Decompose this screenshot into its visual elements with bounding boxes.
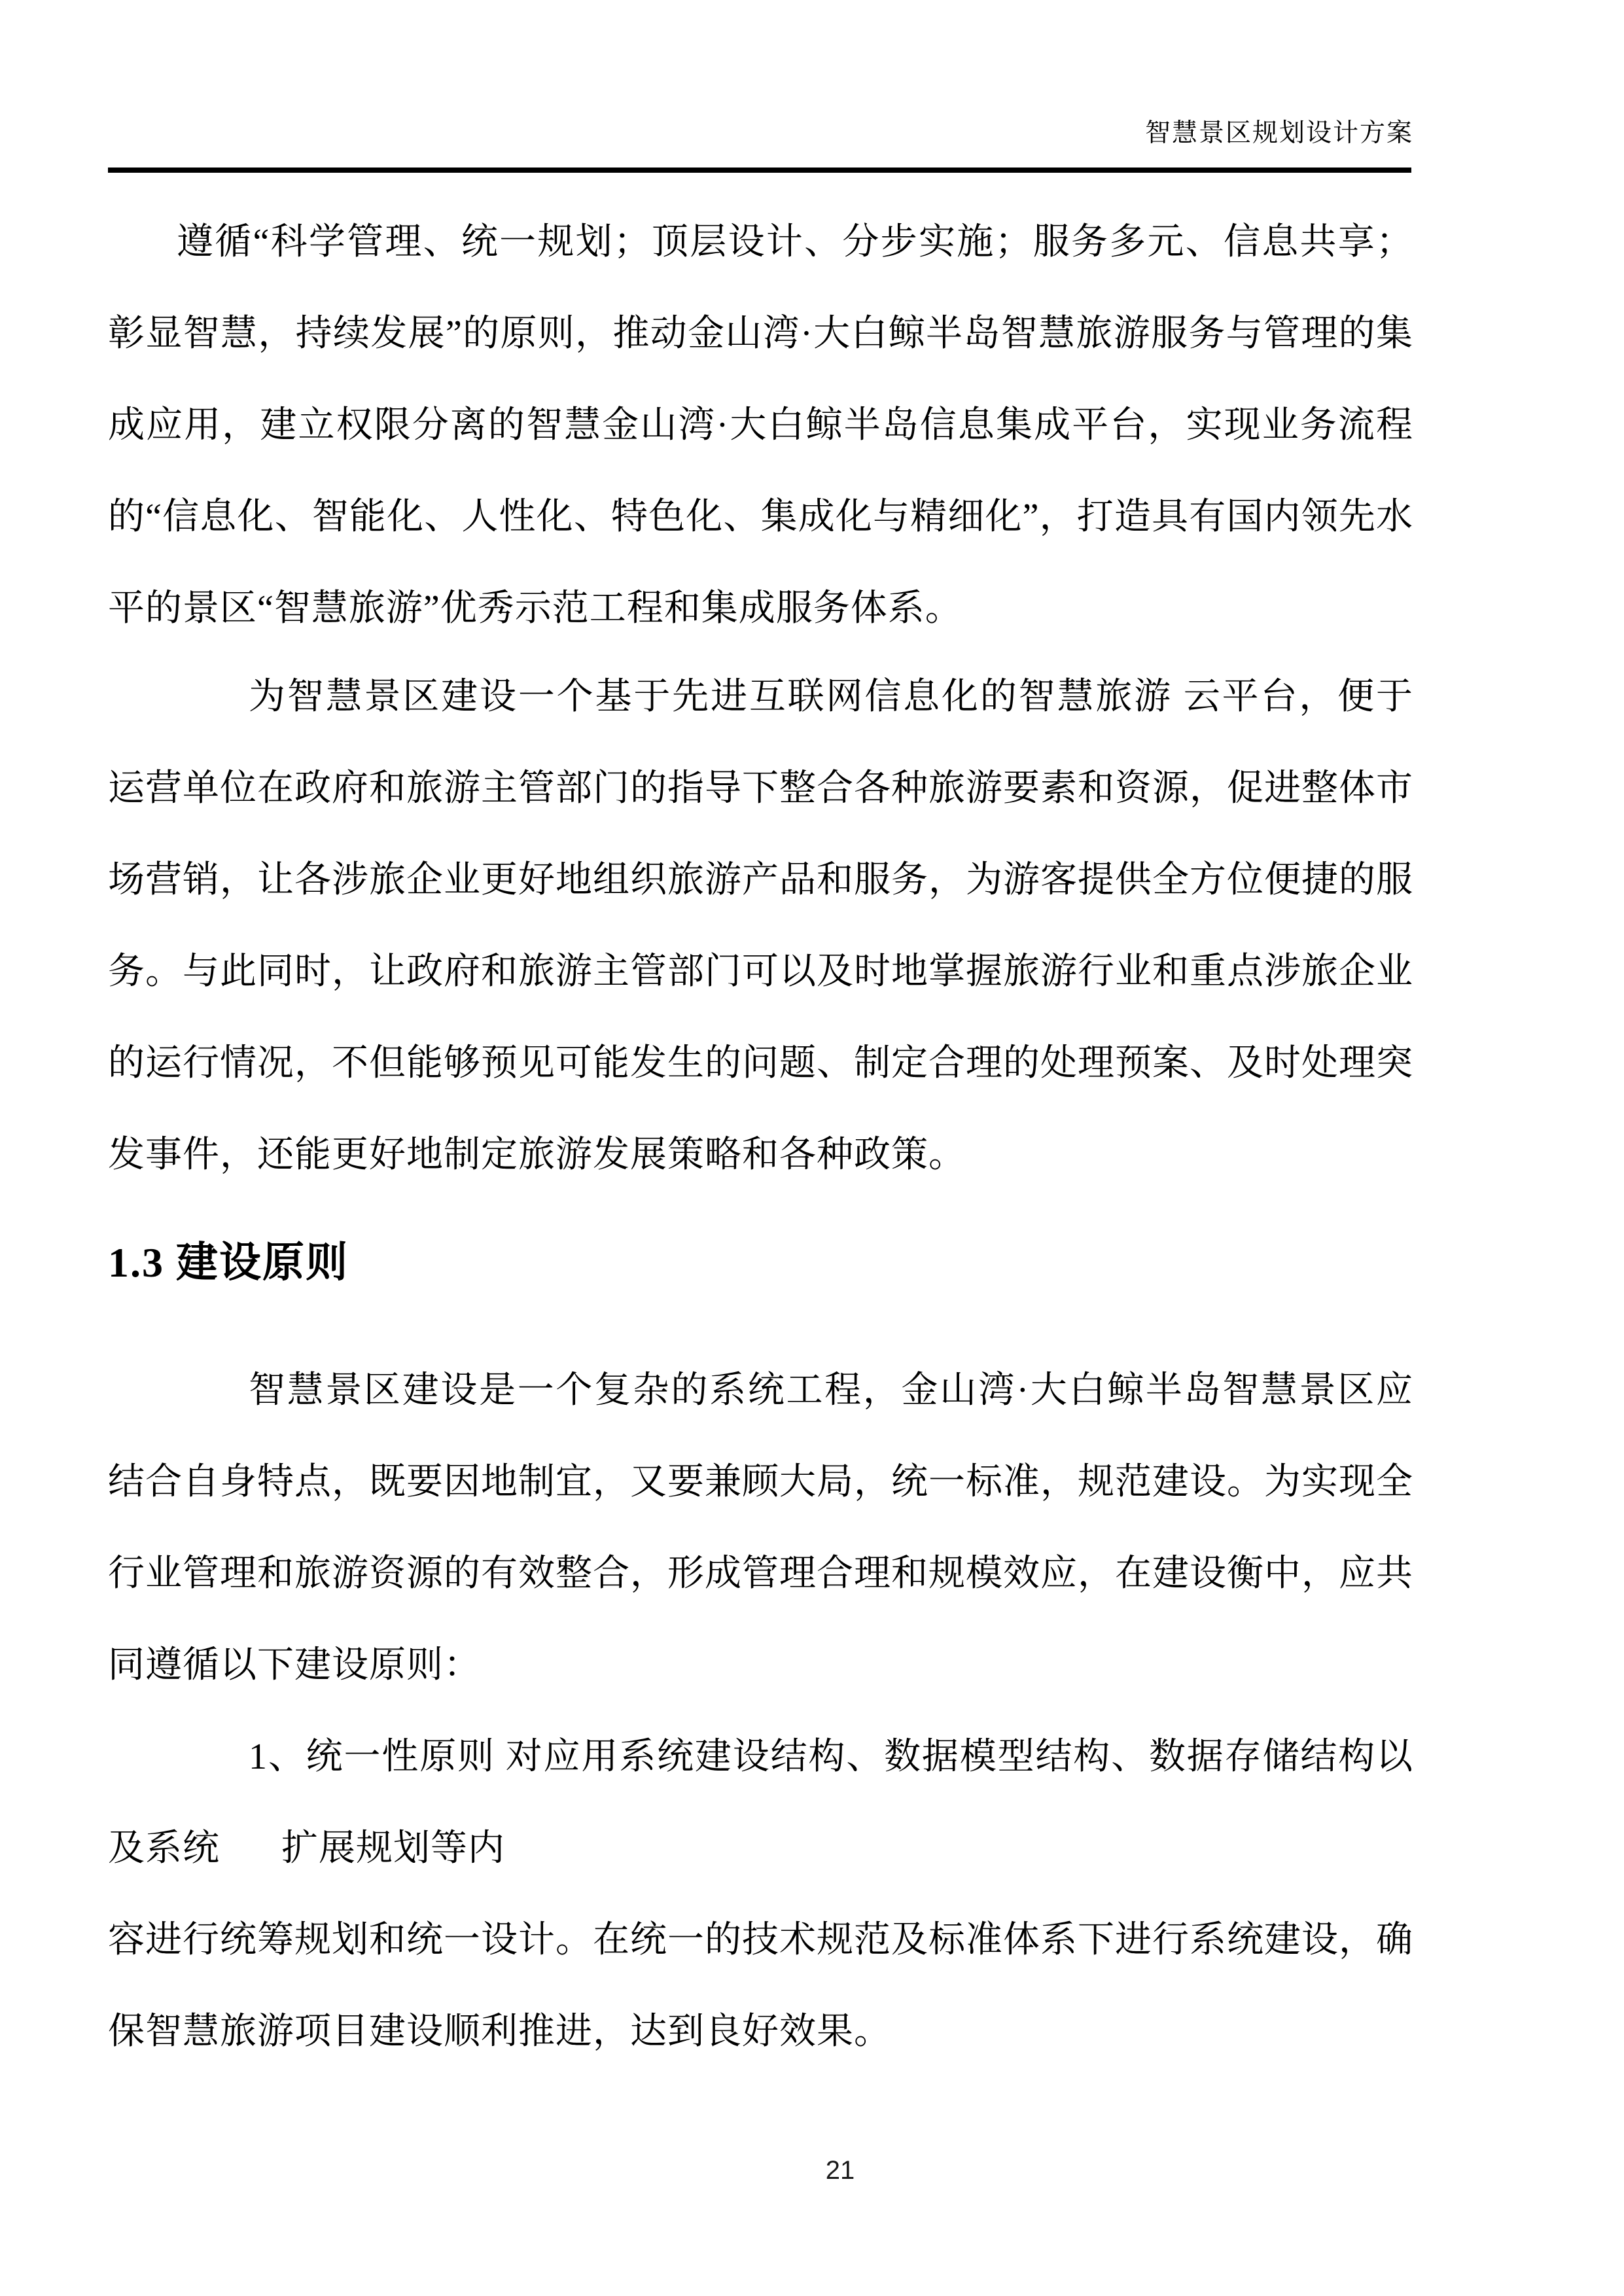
section-heading-1-3: 1.3 建设原则	[108, 1229, 1413, 1289]
paragraph-1: 遵循“科学管理、统一规划；顶层设计、分步实施；服务多元、信息共享；彰显智慧，持续…	[108, 196, 1413, 654]
paragraph-2: 为智慧景区建设一个基于先进互联网信息化的智慧旅游 云平台，便于运营单位在政府和旅…	[108, 651, 1413, 1201]
page-number: 21	[0, 2156, 1624, 2185]
list-item-1-line-2: 扩展规划等内	[108, 1803, 1413, 1894]
paragraph-3: 智慧景区建设是一个复杂的系统工程，金山湾·大白鲸半岛智慧景区应结合自身特点，既要…	[108, 1345, 1413, 1711]
paragraph-4: 容进行统筹规划和统一设计。在统一的技术规范及标准体系下进行系统建设，确保智慧旅游…	[108, 1894, 1413, 2077]
header-title: 智慧景区规划设计方案	[108, 113, 1413, 149]
header-divider	[108, 168, 1411, 173]
document-page: 智慧景区规划设计方案 遵循“科学管理、统一规划；顶层设计、分步实施；服务多元、信…	[0, 0, 1624, 2296]
